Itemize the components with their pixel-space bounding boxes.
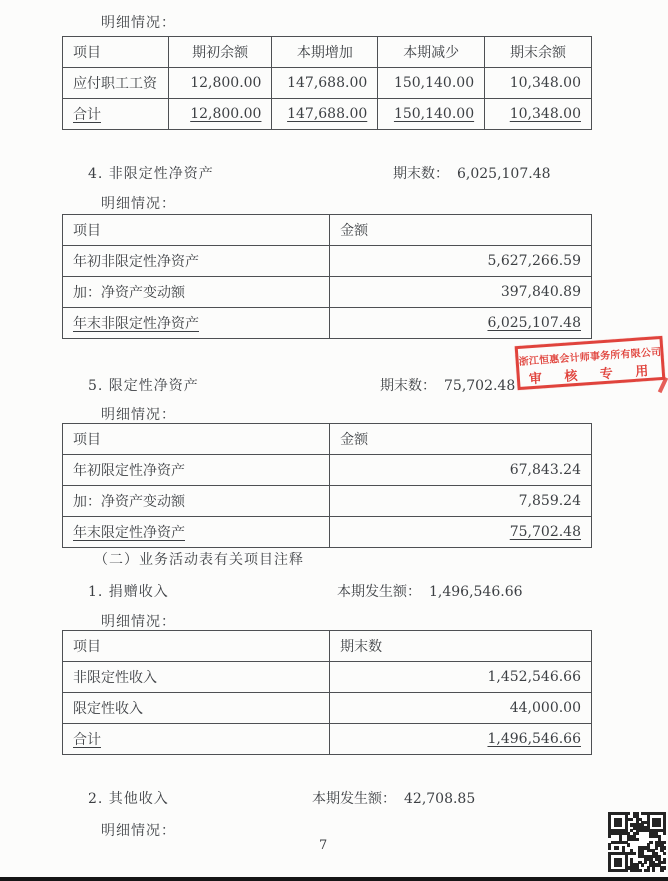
qr-code-icon [608,812,666,872]
item-cell: 年初非限定性净资产 [63,246,330,277]
detail-label-4: 明细情况： [101,611,176,631]
header-cell: 本期减少 [378,37,485,68]
detail-label-1: 明细情况： [101,12,176,32]
table-total-row: 合计 1,496,546.66 [63,724,592,755]
header-cell: 项目 [63,37,169,68]
header-cell: 金额 [330,215,592,246]
total-value-cell: 10,348.00 [485,99,592,130]
stat-value: 6,025,107.48 [457,166,551,182]
item-cell: 年初限定性净资产 [63,455,330,486]
table-header-row: 项目 金额 [63,424,592,455]
item2-title: 2. 其他收入 [88,788,169,808]
section5-stat: 期末数：75,702.48 [380,375,515,395]
detail-label-5: 明细情况： [101,820,176,840]
header-cell: 金额 [330,424,592,455]
total-value-cell: 12,800.00 [168,99,272,130]
stat-label: 期末数： [380,378,436,394]
section4-stat: 期末数：6,025,107.48 [393,163,551,183]
item-cell: 非限定性收入 [63,662,330,693]
header-cell: 项目 [63,631,330,662]
detail-label-2: 明细情况： [101,193,176,213]
page-number: 7 [319,838,327,853]
item-cell: 限定性收入 [63,693,330,724]
item1-stat: 本期发生额：1,496,546.66 [337,581,523,601]
stat-value: 75,702.48 [444,378,515,394]
header-cell: 项目 [63,424,330,455]
table-row: 限定性收入 44,000.00 [63,693,592,724]
table-row: 加：净资产变动额 7,859.24 [63,486,592,517]
table-total-row: 年末限定性净资产 75,702.48 [63,517,592,548]
table-row: 年初限定性净资产 67,843.24 [63,455,592,486]
table-row: 年初非限定性净资产 5,627,266.59 [63,246,592,277]
total-label-cell: 合计 [63,724,330,755]
value-cell: 44,000.00 [330,693,592,724]
section4-title: 4. 非限定性净资产 [88,163,214,183]
total-label-cell: 合计 [63,99,169,130]
table-row: 非限定性收入 1,452,546.66 [63,662,592,693]
table-header-row: 项目 金额 [63,215,592,246]
item1-title: 1. 捐赠收入 [88,581,169,601]
value-cell: 150,140.00 [378,68,485,99]
table-row: 加：净资产变动额 397,840.89 [63,277,592,308]
value-cell: 397,840.89 [330,277,592,308]
value-cell: 12,800.00 [168,68,272,99]
table-total-row: 年末非限定性净资产 6,025,107.48 [63,308,592,339]
value-cell: 7,859.24 [330,486,592,517]
item-cell: 应付职工工资 [63,68,169,99]
total-value-cell: 6,025,107.48 [330,308,592,339]
stat-label: 本期发生额： [312,791,396,807]
total-value-cell: 147,688.00 [272,99,378,130]
table-header-row: 项目 期末数 [63,631,592,662]
total-value-cell: 1,496,546.66 [330,724,592,755]
header-cell: 本期增加 [272,37,378,68]
item-cell: 加：净资产变动额 [63,277,330,308]
unrestricted-net-assets-table: 项目 金额 年初非限定性净资产 5,627,266.59 加：净资产变动额 39… [62,214,592,339]
value-cell: 10,348.00 [485,68,592,99]
wages-payable-table: 项目 期初余额 本期增加 本期减少 期末余额 应付职工工资 12,800.00 … [62,36,592,130]
table-header-row: 项目 期初余额 本期增加 本期减少 期末余额 [63,37,592,68]
scan-edge-artifact [0,877,668,881]
total-value-cell: 75,702.48 [330,517,592,548]
header-cell: 期末余额 [485,37,592,68]
document-page: 明细情况： 项目 期初余额 本期增加 本期减少 期末余额 应付职工工资 12,8… [0,0,668,881]
value-cell: 67,843.24 [330,455,592,486]
table-row: 应付职工工资 12,800.00 147,688.00 150,140.00 1… [63,68,592,99]
header-cell: 期末数 [330,631,592,662]
header-cell: 期初余额 [168,37,272,68]
item2-stat: 本期发生额：42,708.85 [312,788,475,808]
donation-income-table: 项目 期末数 非限定性收入 1,452,546.66 限定性收入 44,000.… [62,630,592,755]
total-value-cell: 150,140.00 [378,99,485,130]
detail-label-3: 明细情况： [101,404,176,424]
section5-title: 5. 限定性净资产 [88,375,199,395]
item-cell: 加：净资产变动额 [63,486,330,517]
value-cell: 1,452,546.66 [330,662,592,693]
value-cell: 147,688.00 [272,68,378,99]
stat-label: 期末数： [393,166,449,182]
header-cell: 项目 [63,215,330,246]
stat-label: 本期发生额： [337,584,421,600]
restricted-net-assets-table: 项目 金额 年初限定性净资产 67,843.24 加：净资产变动额 7,859.… [62,423,592,548]
total-label-cell: 年末非限定性净资产 [63,308,330,339]
stat-value: 1,496,546.66 [429,584,523,600]
value-cell: 5,627,266.59 [330,246,592,277]
stat-value: 42,708.85 [404,791,475,807]
section-b-title: （二）业务活动表有关项目注释 [94,549,304,569]
table-total-row: 合计 12,800.00 147,688.00 150,140.00 10,34… [63,99,592,130]
total-label-cell: 年末限定性净资产 [63,517,330,548]
audit-stamp: 浙江恒惠会计师事务所有限公司 审 核 专 用 章 [515,336,666,390]
